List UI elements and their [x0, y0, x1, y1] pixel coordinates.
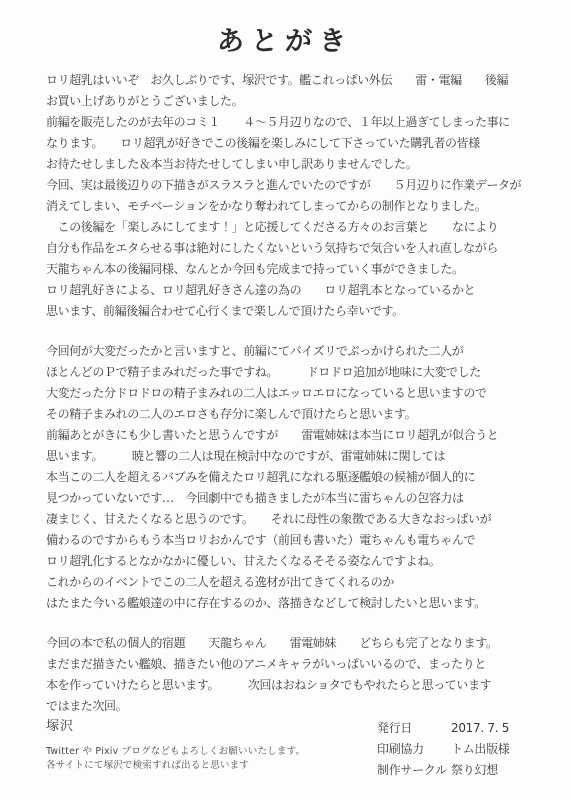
- text-line: なります。 ロリ超乳が好きでこの後編を楽しみにして下さっていた購乳者の皆様: [46, 133, 541, 154]
- text-line: これからのイベントでこの二人を超える逸材が出てきてくれるのか: [46, 572, 541, 593]
- colophon-value: 2017. 7. 5: [451, 718, 553, 739]
- colophon: 発行日 2017. 7. 5 印刷協力 トム出版様 制作サークル 祭り幻想: [377, 718, 553, 781]
- colophon-row-circle: 制作サークル 祭り幻想: [377, 760, 553, 781]
- text-line: 天龍ちゃん本の後編同様、なんとか今回も完成まで持っていく事ができました。: [46, 259, 541, 280]
- text-line: 前編あとがきにも少し書いたと思うんですが 雷電姉妹は本当にロリ超乳が似合うと: [46, 425, 541, 446]
- paragraph-closing: 今回の本で私の個人的宿題 天龍ちゃん 雷電姉妹 どちらも完了となります。 まだま…: [46, 633, 541, 717]
- text-line: まだまだ描きたい艦娘、描きたい他のアニメキャラがいっぱいいるので、まったりと: [46, 654, 541, 675]
- text-line: ロリ超乳はいいぞ お久しぶりです、塚沢です。艦これっぱい外伝 雷・電編 後編: [46, 70, 541, 91]
- text-line: 今回の本で私の個人的宿題 天龍ちゃん 雷電姉妹 どちらも完了となります。: [46, 633, 541, 654]
- text-line: 自分も作品をエタらせる事は絶対にしたくないという気持ちで気合いを入れ直しながら: [46, 238, 541, 259]
- text-line: 今回、実は最後辺りの下描きがスラスラと進んでいたのですが ５月辺りに作業データが: [46, 175, 541, 196]
- colophon-label: 発行日: [377, 718, 451, 739]
- sns-note-line: 各サイトにて塚沢で検索すれば出ると思います: [46, 759, 377, 773]
- colophon-label: 制作サークル: [377, 760, 451, 781]
- sns-note-line: Twitter や Pixiv ブログなどもよろしくお願いいたします。: [46, 745, 377, 759]
- text-line: 本当この二人を超えるバブみを備えたロリ超乳になれる駆逐艦娘の候補が個人的に: [46, 467, 541, 488]
- text-line: その精子まみれの二人のエロさも存分に楽しんで頂けたらと思います。: [46, 404, 541, 425]
- text-line: 備わるのですからもう本当ロリおかんです（前回も書いた）電ちゃんも電ちゃんで: [46, 530, 541, 551]
- text-line: お待たせしました＆本当お待たせしてしまい申し訳ありませんでした。: [46, 154, 541, 175]
- text-line: 本を作っていけたらと思います。 次回はおねショタでもやれたらと思っています: [46, 675, 541, 696]
- text-line: ではまた次回。: [46, 696, 541, 717]
- afterword-page: あとがき ロリ超乳はいいぞ お久しぶりです、塚沢です。艦これっぱい外伝 雷・電編…: [0, 0, 571, 800]
- text-line: 見つかっていないです… 今回劇中でも描きましたが本当に雷ちゃんの包容力は: [46, 488, 541, 509]
- text-line: 思います。 暁と響の二人は現在検討中なのですが、雷電姉妹に関しては: [46, 446, 541, 467]
- colophon-value: トム出版様: [451, 739, 553, 760]
- text-line: ロリ超乳化するとなかなかに優しい、甘えたくなるそそる姿なんですよね。: [46, 551, 541, 572]
- afterword-body: ロリ超乳はいいぞ お久しぶりです、塚沢です。艦これっぱい外伝 雷・電編 後編 お…: [0, 57, 571, 717]
- paragraph-production-notes: 今回何が大変だったかと言いますと、前編にてパイズリでぶっかけられた二人が ほとん…: [46, 341, 541, 614]
- author-name: 塚沢: [46, 718, 377, 736]
- page-title: あとがき: [0, 0, 571, 57]
- text-line: この後編を「楽しみにしてます！」と応援してくださる方々のお言葉と なにより: [46, 217, 541, 238]
- text-line: 凄まじく、甘えたくなると思うのです。 それに母性の象徴である大きなおっぱいが: [46, 509, 541, 530]
- colophon-row-publish-date: 発行日 2017. 7. 5: [377, 718, 553, 739]
- text-line: お買い上げありがとうございました。: [46, 91, 541, 112]
- text-line: ほとんどのＰで精子まみれだった事ですね。 ドロドロ追加が地味に大変でした: [46, 362, 541, 383]
- footer-author-block: 塚沢 Twitter や Pixiv ブログなどもよろしくお願いいたします。 各…: [46, 718, 377, 772]
- paragraph-intro: ロリ超乳はいいぞ お久しぶりです、塚沢です。艦これっぱい外伝 雷・電編 後編 お…: [46, 70, 541, 322]
- text-line: 思います、前編後編合わせて心行くまで楽しんで頂けたら幸いです。: [46, 301, 541, 322]
- text-line: はたまた今いる艦娘達の中に存在するのか、落描きなどして検討したいと思います。: [46, 593, 541, 614]
- page-footer: 塚沢 Twitter や Pixiv ブログなどもよろしくお願いいたします。 各…: [46, 718, 553, 781]
- sns-notes: Twitter や Pixiv ブログなどもよろしくお願いいたします。 各サイト…: [46, 745, 377, 772]
- colophon-row-printer: 印刷協力 トム出版様: [377, 739, 553, 760]
- text-line: 前編を販売したのが去年のコミ１ ４～５月辺りなので、１年以上過ぎてしまった事に: [46, 112, 541, 133]
- text-line: 今回何が大変だったかと言いますと、前編にてパイズリでぶっかけられた二人が: [46, 341, 541, 362]
- text-line: 消えてしまい、モチベーションをかなり奪われてしまってからの制作となりました。: [46, 196, 541, 217]
- colophon-value: 祭り幻想: [451, 760, 553, 781]
- text-line: 大変だった分ドロドロの精子まみれの二人はエッロエロになっていると思いますので: [46, 383, 541, 404]
- text-line: ロリ超乳好きによる、ロリ超乳好きさん達の為の ロリ超乳本となっているかと: [46, 280, 541, 301]
- colophon-label: 印刷協力: [377, 739, 451, 760]
